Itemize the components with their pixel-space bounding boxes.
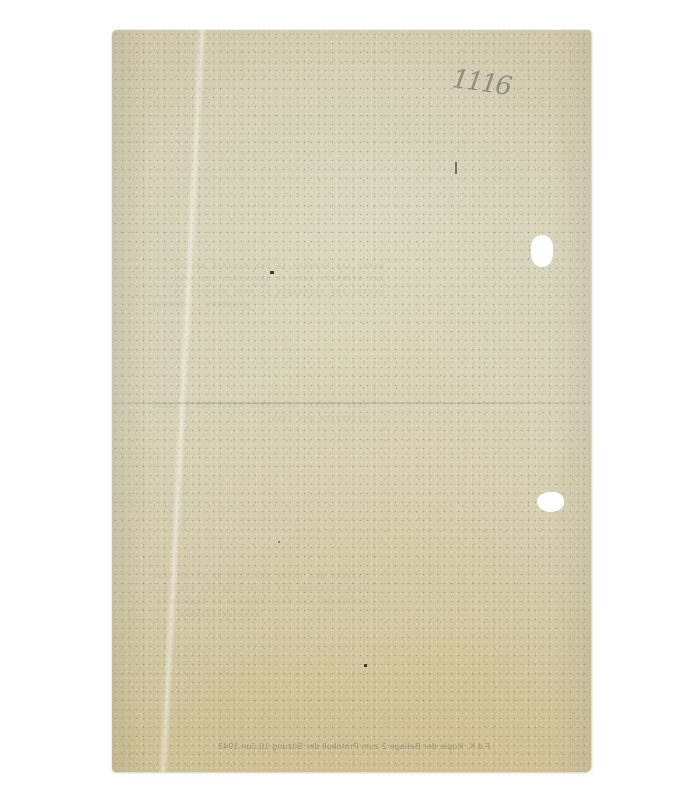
- ink-speck: [364, 664, 367, 667]
- mirrored-footer-text: F.d.K. Kopie der Beilage 2 zum Protokoll…: [164, 741, 544, 751]
- ink-speck: [278, 541, 280, 543]
- show-through-text-block: xxxxxxx xxx xxxxx xxxxxxxx xx xxxxx xxxx…: [152, 570, 368, 622]
- paper-sheet: 1116 xxxxx xxx xxxxxxx xx xxx xxxxxxx xx…: [112, 30, 591, 772]
- scan-background: 1116 xxxxx xxx xxxxxxx xx xxx xxxxxxx xx…: [0, 0, 700, 800]
- punch-hole-bottom: [537, 492, 564, 512]
- punch-hole-top: [531, 235, 553, 267]
- horizontal-fold-line: [112, 402, 591, 404]
- ink-speck: [270, 271, 274, 274]
- pencil-mark: [455, 162, 457, 174]
- handwritten-folio-number: 1116: [450, 64, 512, 102]
